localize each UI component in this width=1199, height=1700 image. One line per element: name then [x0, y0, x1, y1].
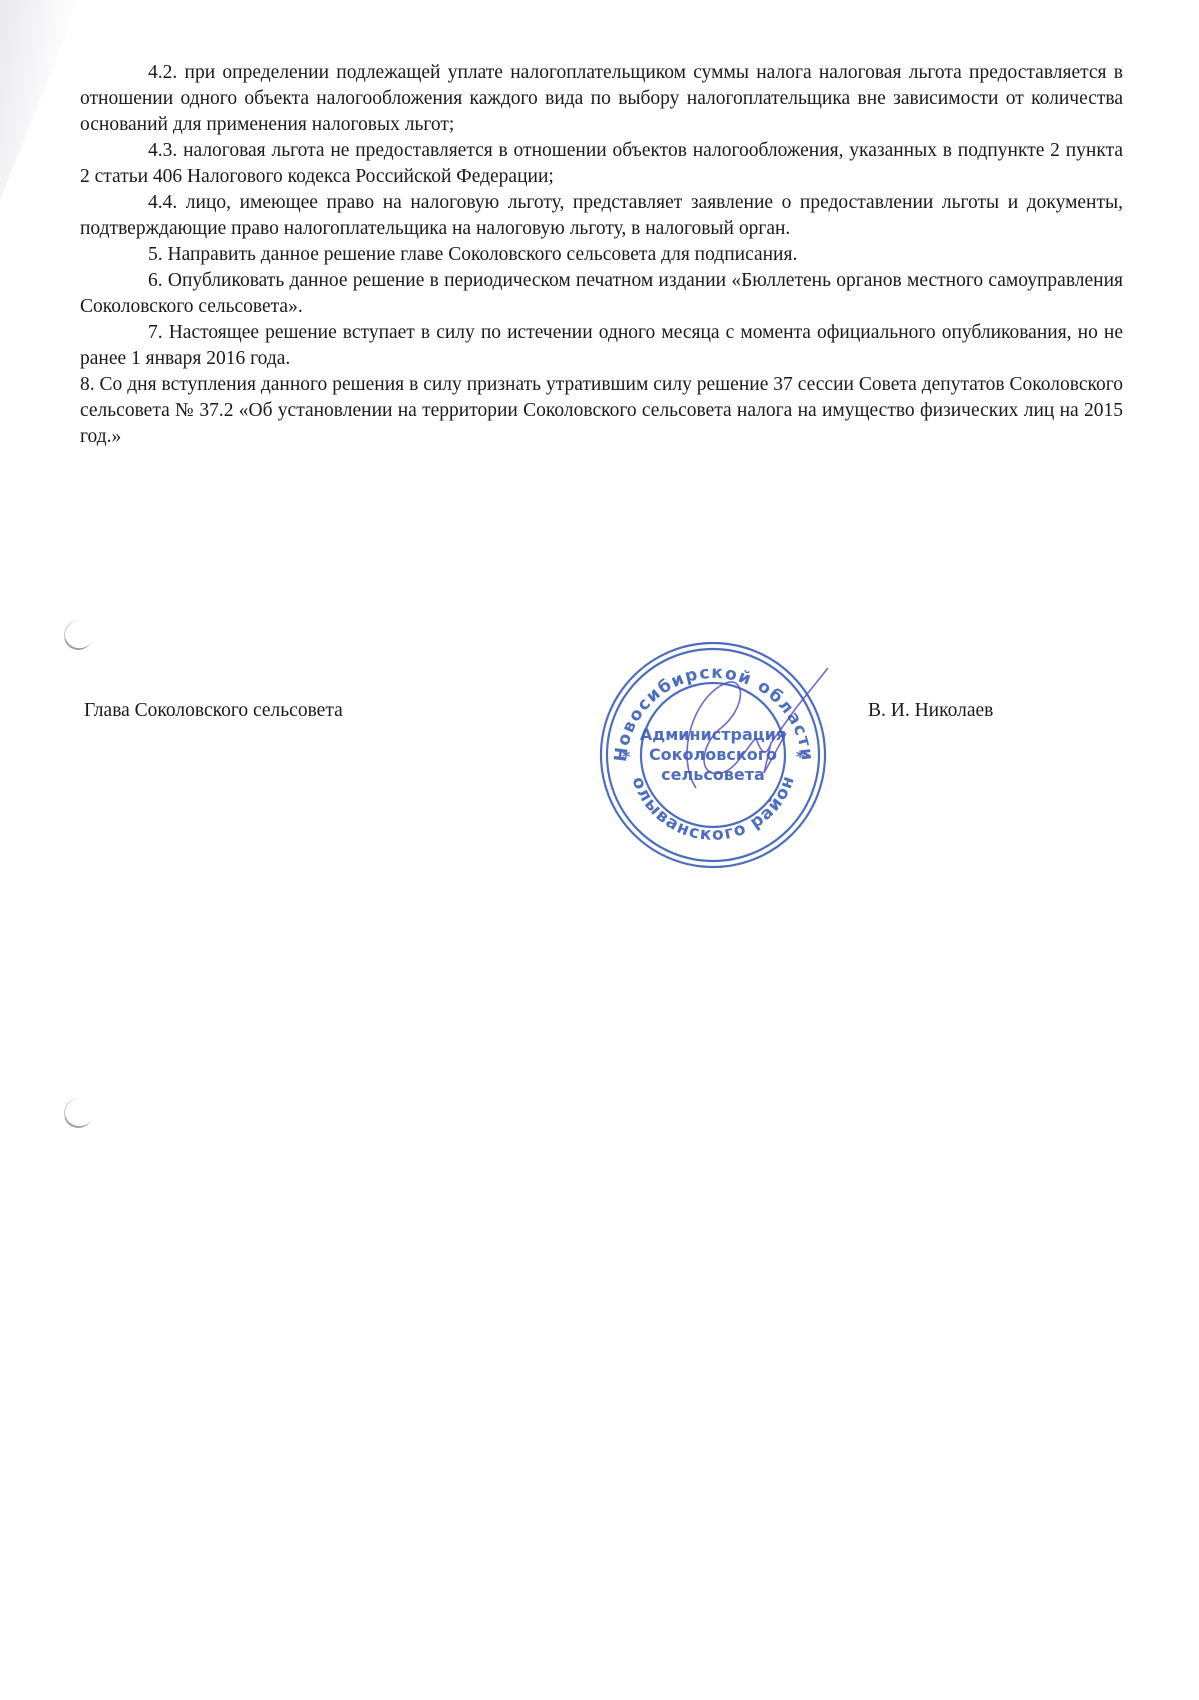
stamp-star-right: *	[796, 747, 805, 766]
punch-hole-top	[60, 616, 98, 654]
official-stamp: Новосибирской области Колыванского район…	[596, 638, 830, 872]
punch-hole-bottom	[60, 1094, 98, 1132]
paragraph-6: 6. Опубликовать данное решение в периоди…	[80, 268, 1123, 320]
paragraph-4-2: 4.2. при определении подлежащей уплате н…	[80, 60, 1123, 138]
paragraph-4-3: 4.3. налоговая льгота не предоставляется…	[80, 138, 1123, 190]
stamp-center-line1: Администрация	[640, 725, 786, 744]
signatory-name: В. И. Николаев	[868, 700, 993, 722]
paragraph-7: 7. Настоящее решение вступает в силу по …	[80, 320, 1123, 372]
document-body: 4.2. при определении подлежащей уплате н…	[80, 60, 1123, 450]
stamp-center-line2: Соколовского	[649, 745, 777, 764]
paragraph-5: 5. Направить данное решение главе Соколо…	[80, 242, 1123, 268]
page-corner-fold	[0, 0, 80, 200]
stamp-star-left: *	[622, 747, 631, 766]
paragraph-4-4: 4.4. лицо, имеющее право на налоговую ль…	[80, 190, 1123, 242]
stamp-center-line3: сельсовета	[661, 765, 765, 784]
signatory-title: Глава Соколовского сельсовета	[84, 700, 343, 722]
stamp-seal-icon: Новосибирской области Колыванского район…	[596, 638, 830, 872]
paragraph-8: 8. Со дня вступления данного решения в с…	[80, 372, 1123, 450]
